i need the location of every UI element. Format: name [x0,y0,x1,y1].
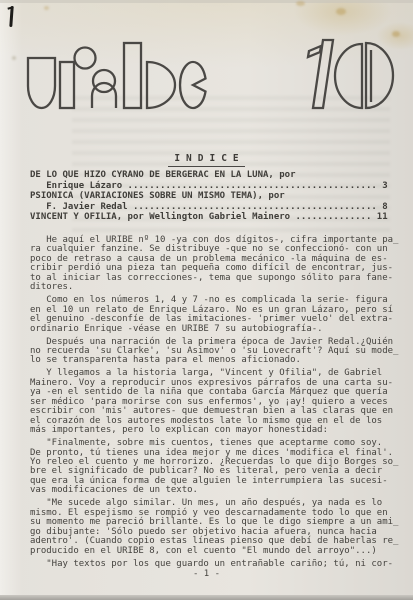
paragraph: Y llegamos a la historia larga, "Vincent… [30,369,400,435]
toc-entry-author: Enrique Lázaro .........................… [30,181,388,192]
pen-mark [9,6,13,27]
paragraph: Después una narración de la primera époc… [30,338,400,366]
uribe-10-logo [26,38,396,112]
logo-letter-e [180,62,205,108]
logo-digit-1-flag [308,46,321,57]
logo-letter-i-dot [93,70,115,92]
logo-letter-r-dot [75,48,96,69]
paper-stain [296,1,305,6]
paper-stain [392,31,400,37]
editorial-text: He aquí el URIBE nº 10 -ya con dos dígit… [30,236,400,572]
paragraph: Como en los números 1, 4 y 7 -no es comp… [30,296,400,334]
paragraph: "Hay textos por los que guardo un entrañ… [30,560,400,569]
paragraph: "Finalmente, sobre mis cuentos, tienes q… [30,439,400,496]
paper-stain [336,8,346,15]
paper-stain [44,6,49,10]
index-heading-row: INDICE [0,146,413,167]
toc-entry-title: DE LO QUE HIZO CYRANO DE BERGERAC EN LA … [30,170,388,181]
paragraph: "Me sucede algo similar. Un mes, un año … [30,499,400,556]
page-number: - 1 - [0,569,413,579]
logo-digit-0-left [335,44,362,108]
logo-letter-r-stem [60,62,74,108]
paper-stain [12,56,16,60]
logo-letter-b-bowl [147,62,175,108]
index-title: INDICE [168,153,244,167]
paragraph: He aquí el URIBE nº 10 -ya con dos dígit… [30,236,400,293]
toc-entry-title: PSIONICA (VARIACIONES SOBRE UN MISMO TEM… [30,191,388,202]
logo-letter-u [28,58,55,108]
toc-entry-title: VINCENT Y OFILIA, por Wellington Gabriel… [30,212,388,223]
fanzine-scanned-page: INDICE DE LO QUE HIZO CYRANO DE BERGERAC… [0,0,413,600]
logo-letter-b-stem [124,43,141,108]
logo-digit-1 [313,40,333,108]
table-of-contents: DE LO QUE HIZO CYRANO DE BERGERAC EN LA … [30,170,388,223]
toc-entry-author: F. Javier Redal ........................… [30,202,388,213]
